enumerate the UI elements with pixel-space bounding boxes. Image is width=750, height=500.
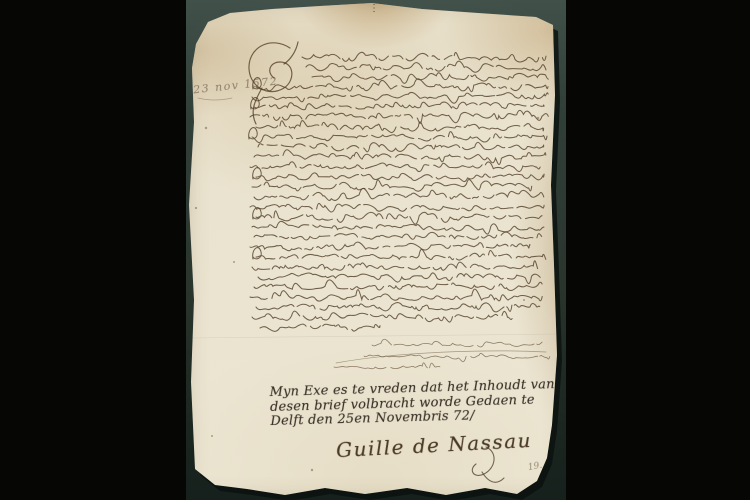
letterbox-background: ⋮ 23 nov 1572 Myn Exe es te vreden dat h…: [0, 0, 750, 500]
postscript-block: Myn Exe es te vreden dat het Inhoudt van…: [269, 378, 560, 430]
manuscript-paper: ⋮ 23 nov 1572 Myn Exe es te vreden dat h…: [186, 0, 566, 500]
manuscript-photo: ⋮ 23 nov 1572 Myn Exe es te vreden dat h…: [186, 0, 566, 500]
